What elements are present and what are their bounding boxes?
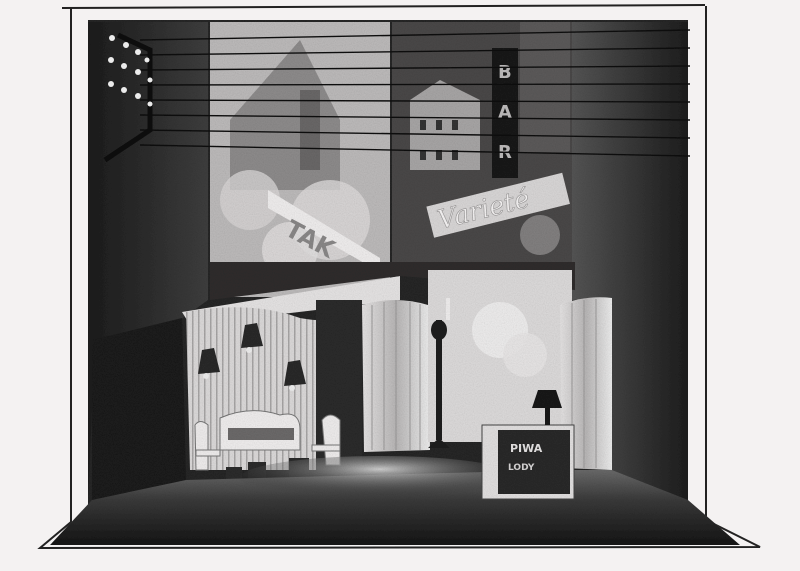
backdrop-left-panel: TAK	[210, 22, 390, 297]
backdrop-right-panel: B A R Varieté	[392, 22, 572, 262]
counter-sign-bottom: LODY	[508, 463, 535, 473]
bar-letter-b: B	[498, 62, 512, 83]
bar-letter-a: A	[498, 102, 512, 123]
counter-sign-top: PIWA	[510, 442, 543, 455]
floor-spotlight	[240, 456, 520, 500]
left-lower-wall	[92, 318, 186, 500]
sofa	[220, 411, 300, 450]
table-lamp-stem	[545, 408, 550, 425]
stage-set-drawing: TAK B A R Varieté	[0, 0, 800, 571]
